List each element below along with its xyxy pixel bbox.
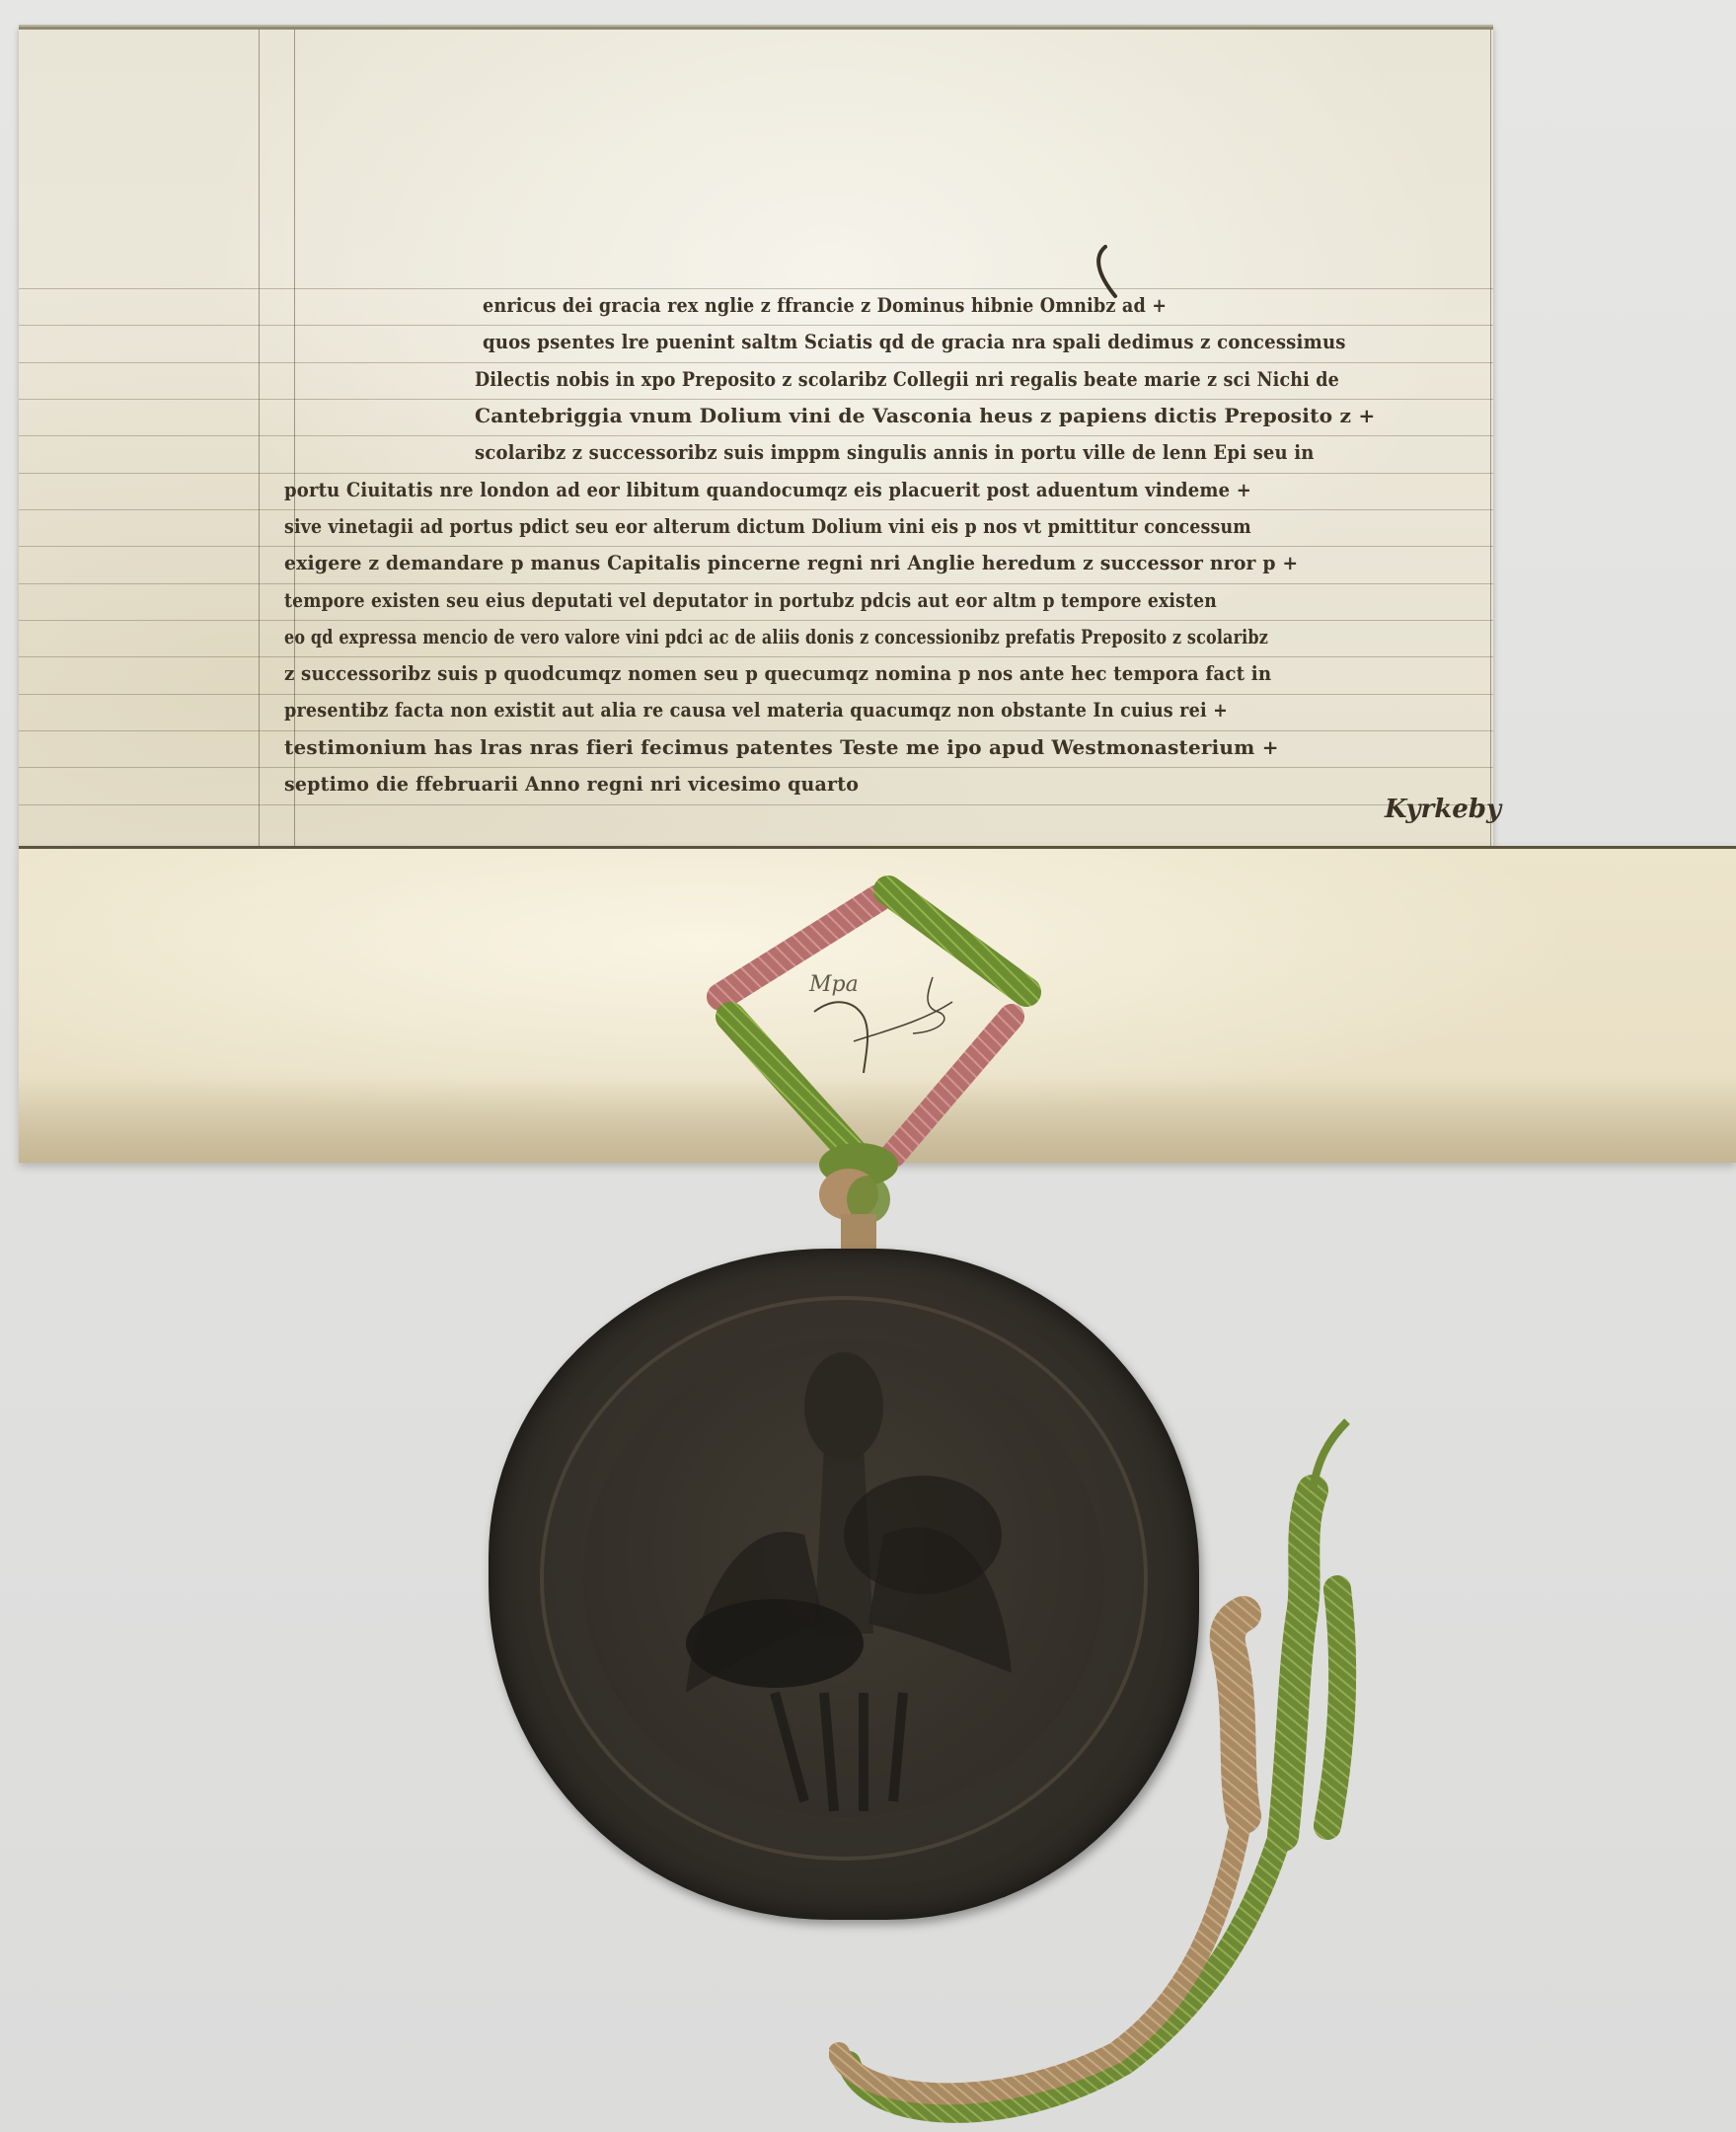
ruling-line-horizontal (19, 325, 1493, 326)
plica-mark-text: Mpa (809, 972, 859, 997)
ruling-line-horizontal (19, 546, 1493, 547)
ruling-line-horizontal (19, 620, 1493, 621)
parchment-sheet (19, 27, 1493, 847)
ruling-line-horizontal (19, 473, 1493, 474)
ruling-line-horizontal (19, 804, 1493, 805)
manuscript-line: eo qd expressa mencio de vero valore vin… (284, 625, 1268, 648)
manuscript-line: enricus dei gracia rex nglie z ffrancie … (483, 293, 1167, 317)
manuscript-line: Cantebriggia vnum Dolium vini de Vasconi… (475, 404, 1376, 427)
ruling-line-horizontal (19, 399, 1493, 400)
clerk-signature: Kyrkeby (1385, 795, 1501, 824)
manuscript-line: quos psentes lre puenint saltm Sciatis q… (483, 330, 1346, 353)
seal-cord-tails (829, 1372, 1520, 2132)
cord-knot (770, 1125, 947, 1254)
manuscript-line: testimonium has lras nras fieri fecimus … (284, 735, 1279, 759)
ruling-line-vertical (259, 30, 260, 847)
manuscript-line: tempore existen seu eius deputati vel de… (284, 588, 1217, 612)
manuscript-line: scolaribz z successoribz suis imppm sing… (475, 440, 1315, 464)
ruling-line-horizontal (19, 656, 1493, 657)
manuscript-line: portu Ciuitatis nre london ad eor libitu… (284, 478, 1251, 501)
ruling-line-horizontal (19, 583, 1493, 584)
ruling-line-horizontal (19, 362, 1493, 363)
manuscript-line: z successoribz suis p quodcumqz nomen se… (284, 661, 1271, 685)
manuscript-line: Dilectis nobis in xpo Preposito z scolar… (475, 367, 1339, 391)
manuscript-line: sive vinetagii ad portus pdict seu eor a… (284, 514, 1251, 538)
ruling-line-horizontal (19, 694, 1493, 695)
manuscript-line: septimo die ffebruarii Anno regni nri vi… (284, 772, 859, 796)
ruling-line-horizontal (19, 730, 1493, 731)
ruling-line-horizontal (19, 509, 1493, 510)
ruling-line-horizontal (19, 288, 1493, 289)
manuscript-line: exigere z demandare p manus Capitalis pi… (284, 551, 1298, 574)
ruling-line-horizontal (19, 435, 1493, 436)
ruling-line-vertical (1490, 30, 1491, 847)
ruling-line-vertical (294, 30, 295, 847)
ruling-line-horizontal (19, 767, 1493, 768)
manuscript-line: presentibz facta non existit aut alia re… (284, 698, 1228, 722)
